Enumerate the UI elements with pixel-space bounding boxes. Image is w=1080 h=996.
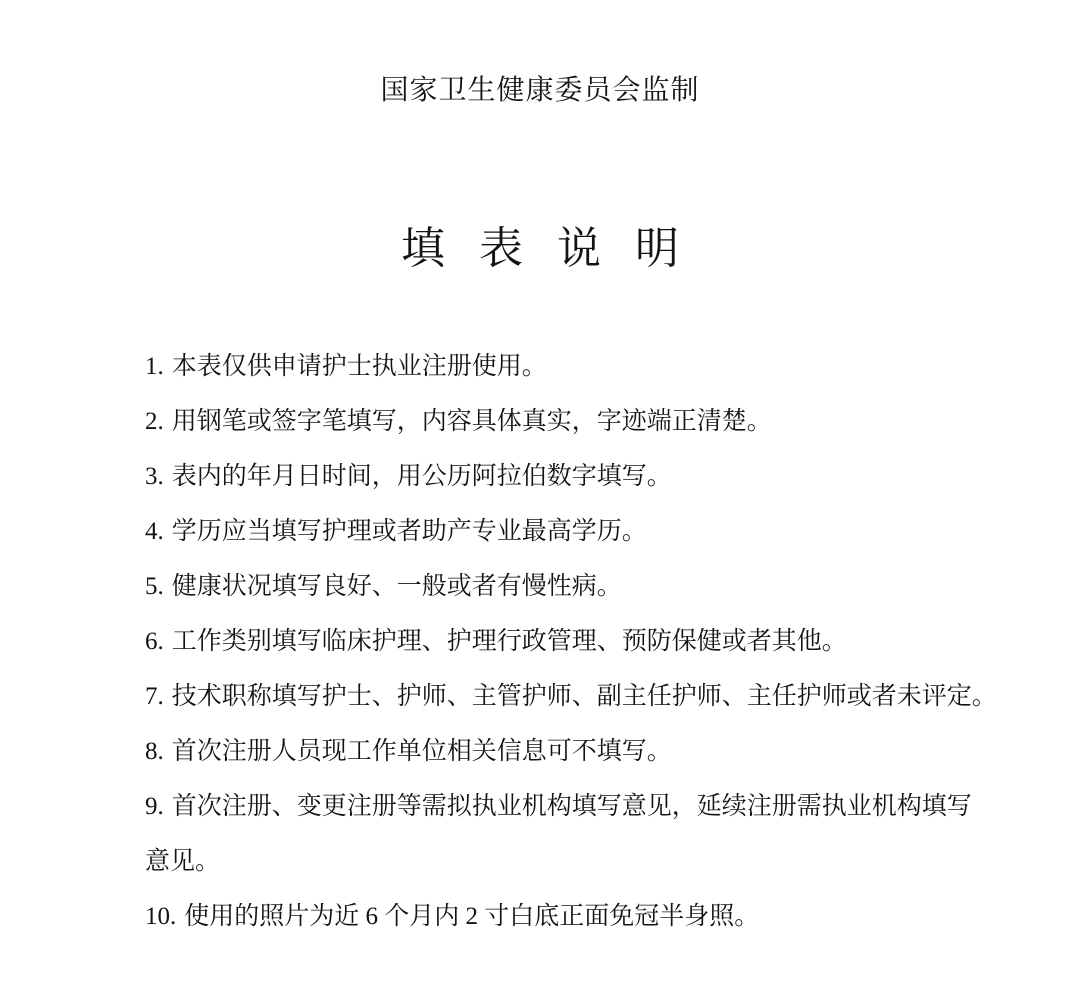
instruction-text: 健康状况填写良好、一般或者有慢性病。 bbox=[172, 573, 622, 600]
document-page: 国家卫生健康委员会监制 填表说明 1.本表仅供申请护士执业注册使用。 2.用钢笔… bbox=[0, 0, 1080, 996]
instruction-item: 9.首次注册、变更注册等需拟执业机构填写意见，延续注册需执业机构填写 意见。 bbox=[145, 779, 1025, 889]
instruction-text: 用钢笔或签字笔填写，内容具体真实，字迹端正清楚。 bbox=[172, 408, 772, 435]
instruction-number: 7. bbox=[145, 683, 164, 710]
instruction-number: 2. bbox=[145, 408, 164, 435]
instruction-number: 3. bbox=[145, 463, 164, 490]
instruction-text: 表内的年月日时间，用公历阿拉伯数字填写。 bbox=[172, 463, 672, 490]
instruction-text: 技术职称填写护士、护师、主管护师、副主任护师、主任护师或者未评定。 bbox=[172, 683, 997, 710]
instruction-number: 1. bbox=[145, 353, 164, 380]
instruction-text: 首次注册人员现工作单位相关信息可不填写。 bbox=[172, 738, 672, 765]
instruction-item: 1.本表仅供申请护士执业注册使用。 bbox=[145, 339, 1025, 394]
instruction-item: 5.健康状况填写良好、一般或者有慢性病。 bbox=[145, 559, 1025, 614]
instruction-number: 10. bbox=[145, 903, 176, 930]
instruction-item: 3.表内的年月日时间，用公历阿拉伯数字填写。 bbox=[145, 449, 1025, 504]
instruction-item: 7.技术职称填写护士、护师、主管护师、副主任护师、主任护师或者未评定。 bbox=[145, 669, 1025, 724]
instruction-number: 4. bbox=[145, 518, 164, 545]
instruction-number: 5. bbox=[145, 573, 164, 600]
instruction-number: 9. bbox=[145, 793, 164, 820]
instruction-text: 首次注册、变更注册等需拟执业机构填写意见，延续注册需执业机构填写 意见。 bbox=[145, 793, 972, 875]
instruction-number: 8. bbox=[145, 738, 164, 765]
instruction-list: 1.本表仅供申请护士执业注册使用。 2.用钢笔或签字笔填写，内容具体真实，字迹端… bbox=[145, 339, 1025, 944]
instruction-text: 使用的照片为近 6 个月内 2 寸白底正面免冠半身照。 bbox=[184, 903, 759, 930]
instruction-item: 2.用钢笔或签字笔填写，内容具体真实，字迹端正清楚。 bbox=[145, 394, 1025, 449]
instruction-item: 10.使用的照片为近 6 个月内 2 寸白底正面免冠半身照。 bbox=[145, 889, 1025, 944]
publisher-line: 国家卫生健康委员会监制 bbox=[0, 74, 1080, 108]
instruction-item: 4.学历应当填写护理或者助产专业最高学历。 bbox=[145, 504, 1025, 559]
instruction-text: 本表仅供申请护士执业注册使用。 bbox=[172, 353, 547, 380]
instruction-number: 6. bbox=[145, 628, 164, 655]
page-title: 填表说明 bbox=[0, 224, 1080, 274]
instruction-text: 学历应当填写护理或者助产专业最高学历。 bbox=[172, 518, 647, 545]
instruction-text: 工作类别填写临床护理、护理行政管理、预防保健或者其他。 bbox=[172, 628, 847, 655]
instruction-item: 8.首次注册人员现工作单位相关信息可不填写。 bbox=[145, 724, 1025, 779]
instruction-item: 6.工作类别填写临床护理、护理行政管理、预防保健或者其他。 bbox=[145, 614, 1025, 669]
